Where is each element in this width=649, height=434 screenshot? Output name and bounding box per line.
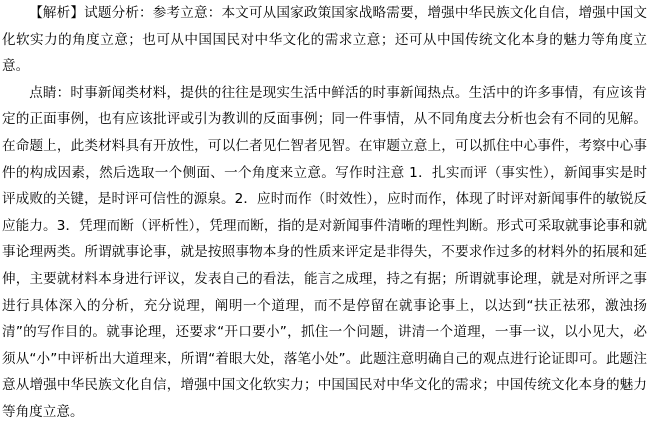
key-point-paragraph: 点睛：时事新闻类材料，提供的往往是现实生活中鲜活的时事新闻热点。生活中的许多事情… (2, 80, 647, 426)
analysis-text: 试题分析：参考立意：本文可从国家政策国家战略需要，增强中华民族文化自信，增强中国… (2, 5, 647, 74)
analysis-paragraph: 【解析】试题分析：参考立意：本文可从国家政策国家战略需要，增强中华民族文化自信，… (2, 0, 647, 80)
analysis-document: 【解析】试题分析：参考立意：本文可从国家政策国家战略需要，增强中华民族文化自信，… (2, 0, 647, 426)
key-point-text: 时事新闻类材料，提供的往往是现实生活中鲜活的时事新闻热点。生活中的许多事情，有应… (2, 85, 647, 420)
analysis-label: 【解析】 (29, 5, 84, 21)
key-point-label: 点睛： (29, 85, 70, 101)
